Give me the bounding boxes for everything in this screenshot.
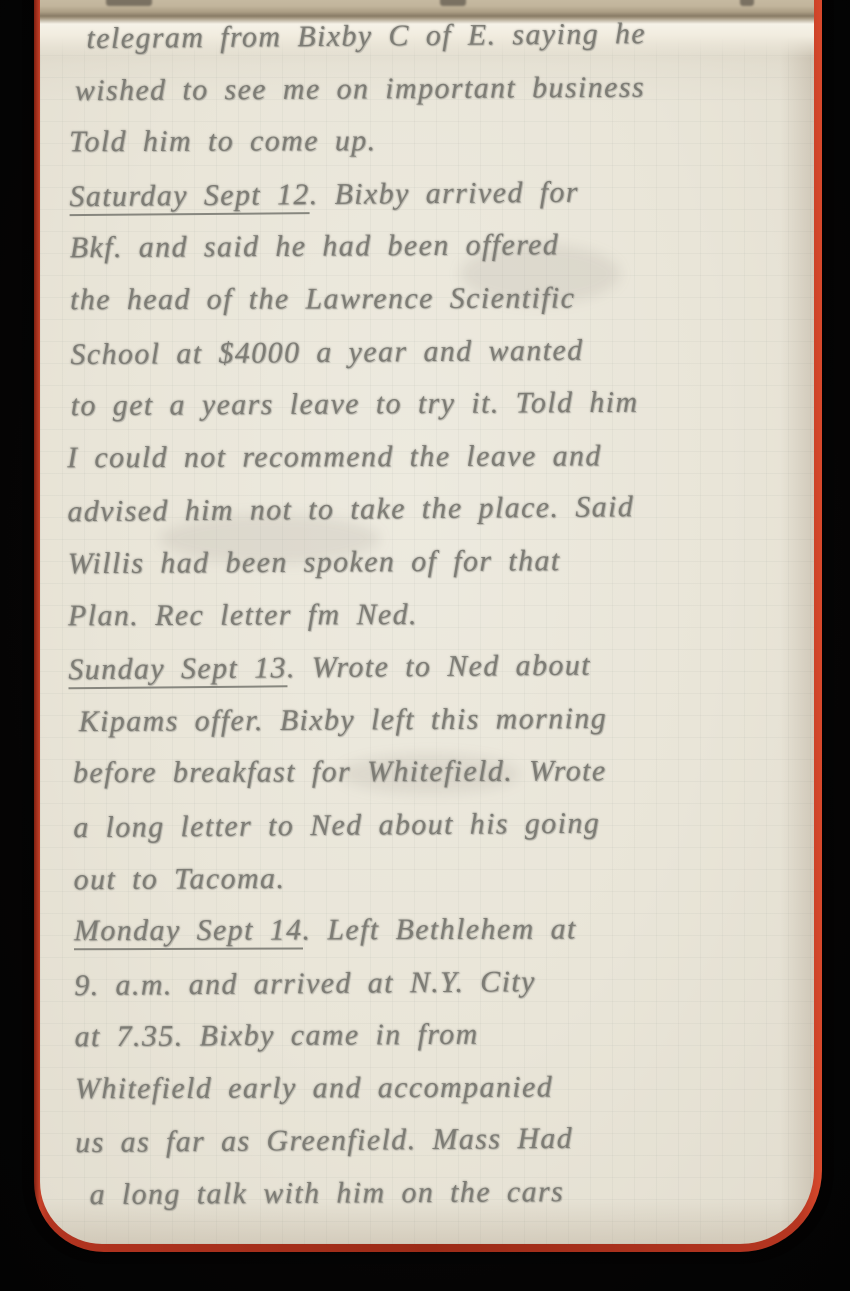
handwriting-segment: a long letter to Ned about his going [73, 806, 600, 844]
handwritten-line: advised him not to take the place. Said [67, 480, 803, 539]
handwriting-segment: before breakfast for Whitefield. Wrote [73, 755, 607, 790]
notebook-red-page-edge: telegram from Bixby C of E. saying hewis… [34, 0, 822, 1252]
notebook-page: telegram from Bixby C of E. saying hewis… [40, 0, 814, 1244]
handwritten-line: Saturday Sept 12. Bixby arrived for [65, 165, 801, 224]
page-fold-mark [740, 0, 754, 6]
handwriting-segment: Plan. Rec letter fm Ned. [68, 598, 418, 632]
underlined-date: Monday Sept 14 [74, 914, 303, 951]
handwriting-segment: Kipams offer. Bixby left this morning [79, 702, 608, 738]
handwritten-line: to get a years leave to try it. Told him [67, 376, 803, 433]
photo-scene: telegram from Bixby C of E. saying hewis… [0, 0, 850, 1291]
handwritten-line: I could not recommend the leave and [67, 429, 803, 484]
page-fold-mark [440, 0, 466, 6]
handwriting-segment: telegram from Bixby C of E. saying he [86, 17, 646, 55]
handwriting-segment: School at $4000 a year and wanted [70, 333, 583, 370]
handwriting-segment: to get a years leave to try it. Told him [71, 386, 639, 422]
handwriting-segment: Told him to come up. [69, 124, 377, 158]
page-fold-mark [106, 0, 152, 6]
handwriting-segment: us as far as Greenfield. Mass Had [75, 1122, 573, 1159]
handwritten-line: wished to see me on important business [65, 60, 801, 117]
handwriting-segment: a long talk with him on the cars [89, 1175, 564, 1211]
handwritten-line: Bkf. and said he had been offered [66, 218, 802, 275]
handwriting-segment: . Left Bethlehem at [302, 913, 576, 947]
handwritten-text-block: telegram from Bixby C of E. saying hewis… [64, 8, 807, 1222]
handwritten-line: Willis had been spoken of for that [68, 534, 804, 591]
handwritten-line: us as far as Greenfield. Mass Had [71, 1111, 807, 1170]
handwritten-line: out to Tacoma. [69, 849, 805, 906]
handwriting-segment: the head of the Lawrence Scientific [70, 281, 575, 316]
handwritten-line: the head of the Lawrence Scientific [66, 272, 802, 327]
handwritten-line: 9. a.m. and arrived at N.Y. City [70, 953, 806, 1012]
handwritten-line: Plan. Rec letter fm Ned. [68, 587, 804, 642]
handwritten-line: Sunday Sept 13. Wrote to Ned about [68, 638, 804, 697]
handwritten-line: Monday Sept 14. Left Bethlehem at [70, 903, 806, 958]
handwritten-line: before breakfast for Whitefield. Wrote [69, 745, 805, 800]
handwriting-segment: Whitefield early and accompanied [75, 1070, 553, 1105]
handwritten-line: telegram from Bixby C of E. saying he [64, 7, 800, 66]
handwritten-line: Whitefield early and accompanied [71, 1061, 807, 1116]
handwriting-segment: wished to see me on important business [75, 70, 645, 106]
handwritten-line: Kipams offer. Bixby left this morning [68, 691, 804, 748]
handwritten-line: at 7.35. Bixby came in from [70, 1007, 806, 1064]
underlined-date: Saturday Sept 12 [69, 178, 310, 216]
handwriting-segment: . Wrote to Ned about [287, 649, 591, 685]
handwriting-segment: advised him not to take the place. Said [67, 491, 634, 529]
handwriting-segment: I could not recommend the leave and [67, 439, 602, 474]
underlined-date: Sunday Sept 13 [68, 651, 287, 689]
handwriting-segment: Bkf. and said he had been offered [70, 229, 560, 265]
handwriting-segment: . Bixby arrived for [310, 176, 579, 211]
handwritten-line: School at $4000 a year and wanted [66, 322, 802, 381]
handwriting-segment: Willis had been spoken of for that [68, 544, 561, 580]
handwritten-line: a long letter to Ned about his going [69, 796, 805, 855]
handwriting-segment: 9. a.m. and arrived at N.Y. City [74, 965, 536, 1002]
handwritten-line: Told him to come up. [65, 114, 801, 169]
handwriting-segment: at 7.35. Bixby came in from [74, 1018, 478, 1053]
handwriting-segment: out to Tacoma. [74, 861, 286, 895]
handwritten-line: a long talk with him on the cars [71, 1165, 807, 1222]
